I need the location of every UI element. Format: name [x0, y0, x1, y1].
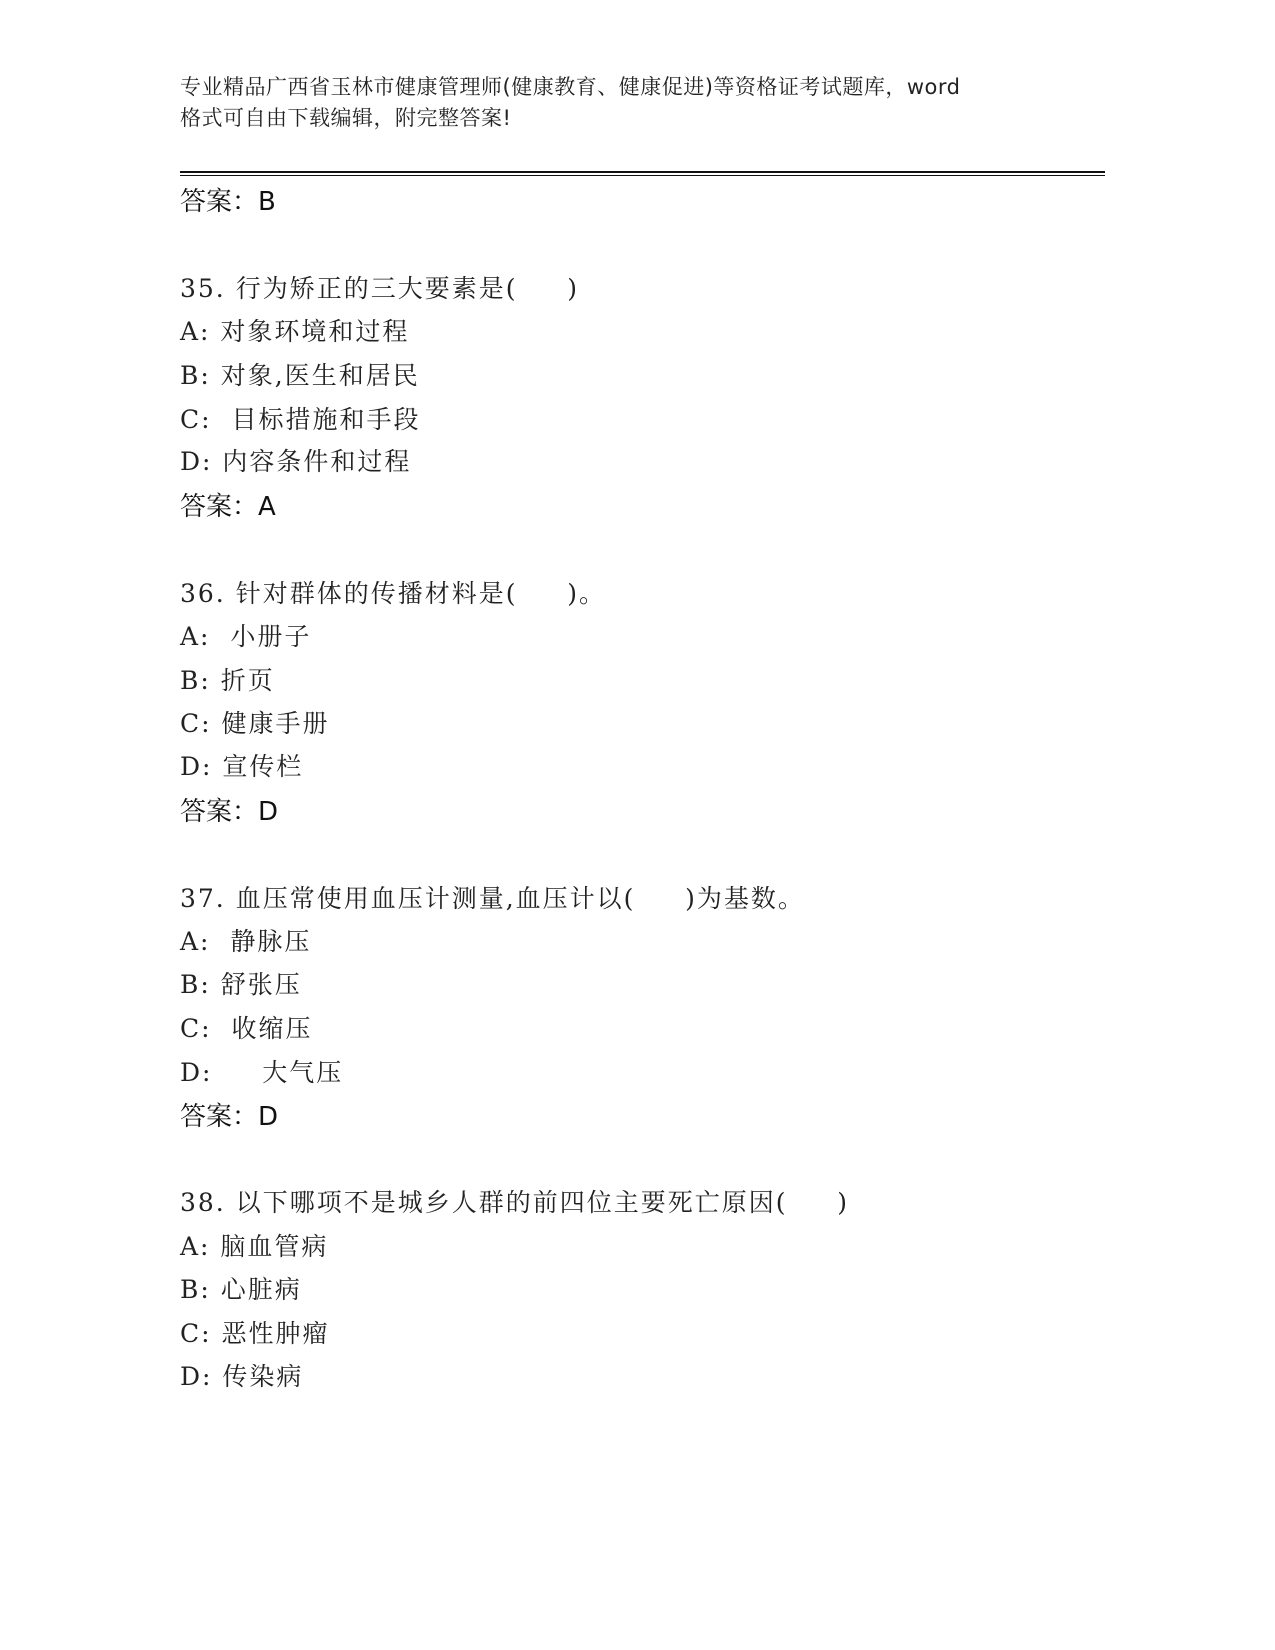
answer: 答案：D	[180, 1101, 278, 1133]
option-b: B: 舒张压	[180, 969, 302, 1001]
option-b: B: 对象,医生和居民	[180, 360, 420, 392]
option-c: C: 健康手册	[180, 708, 330, 740]
option-d: D: 传染病	[180, 1361, 303, 1393]
option-a: A: 小册子	[180, 621, 311, 653]
answer: 答案：A	[180, 491, 276, 523]
question-title: 35. 行为矫正的三大要素是( )	[180, 273, 579, 305]
option-d: D: 宣传栏	[180, 751, 303, 783]
header-divider-thick	[180, 171, 1105, 173]
document-page: 专业精品广西省玉林市健康管理师(健康教育、健康促进)等资格证考试题库，word …	[0, 0, 1275, 1650]
document-header: 专业精品广西省玉林市健康管理师(健康教育、健康促进)等资格证考试题库，word …	[180, 72, 1060, 134]
option-c: C: 收缩压	[180, 1013, 312, 1045]
option-b: B: 心脏病	[180, 1274, 302, 1306]
option-d: D: 大气压	[180, 1057, 343, 1089]
option-a: A: 对象环境和过程	[180, 316, 409, 348]
header-line-2: 格式可自由下载编辑，附完整答案!	[180, 103, 1060, 134]
question-title: 37. 血压常使用血压计测量,血压计以( )为基数。	[180, 883, 805, 915]
question-title: 36. 针对群体的传播材料是( )。	[180, 578, 606, 610]
header-divider-thin	[180, 175, 1105, 176]
option-c: C: 恶性肿瘤	[180, 1318, 330, 1350]
answer: 答案：D	[180, 796, 278, 828]
option-c: C: 目标措施和手段	[180, 404, 420, 436]
previous-answer: 答案：B	[180, 186, 276, 218]
option-d: D: 内容条件和过程	[180, 446, 411, 478]
question-title: 38. 以下哪项不是城乡人群的前四位主要死亡原因( )	[180, 1187, 849, 1219]
header-line-1: 专业精品广西省玉林市健康管理师(健康教育、健康促进)等资格证考试题库，word	[180, 72, 1060, 103]
option-a: A: 脑血管病	[180, 1231, 328, 1263]
option-a: A: 静脉压	[180, 926, 311, 958]
option-b: B: 折页	[180, 665, 275, 697]
